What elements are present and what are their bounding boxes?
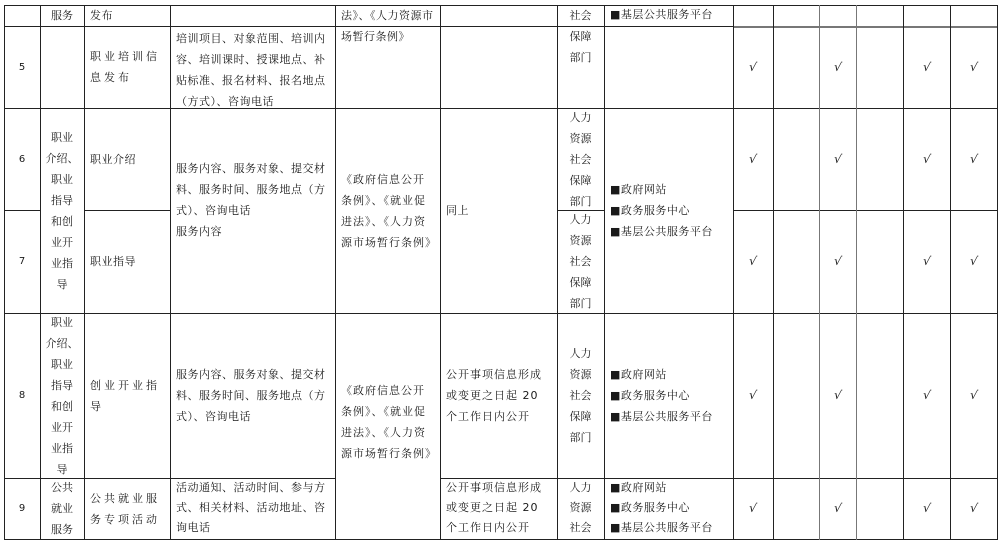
check-cell: √ bbox=[950, 478, 997, 539]
channel-cell: ■政府网站 ■政务服务中心 ■基层公共服务平台 bbox=[604, 478, 733, 539]
checkmark-icon: √ bbox=[748, 498, 759, 520]
category-line: 业开 bbox=[51, 232, 73, 253]
checkmark-icon: √ bbox=[832, 56, 843, 78]
check-cell: √ bbox=[819, 108, 856, 210]
item-cell: 职业培训信息发布 bbox=[84, 26, 170, 108]
department-line: 保障 bbox=[561, 26, 600, 47]
category-line: 和创 bbox=[51, 396, 73, 417]
category-line: 指导 bbox=[51, 190, 73, 211]
check-cell bbox=[773, 478, 819, 539]
checkmark-icon: √ bbox=[921, 251, 932, 273]
check-cell: √ bbox=[733, 313, 773, 478]
category-line: 介绍、 bbox=[46, 148, 79, 169]
category-cell: 职业 介绍、 职业 指导 和创 业开 业指 导 bbox=[40, 108, 84, 313]
department-line: 部门 bbox=[561, 47, 600, 68]
content-cell: 培训项目、对象范围、培训内容、培训课时、授课地点、补贴标准、报名材料、报名地点（… bbox=[170, 28, 335, 108]
channel-item: ■政府网站 bbox=[610, 179, 713, 200]
category-line: 职业 bbox=[51, 127, 73, 148]
check-cell: √ bbox=[819, 26, 856, 108]
check-cell bbox=[773, 313, 819, 478]
category-cell: 服务 bbox=[40, 5, 84, 26]
check-cell: √ bbox=[733, 26, 773, 108]
legal-basis-cell: 《政府信息公开条例》、《就业促进法》、《人力资源市场暂行条例》 bbox=[335, 108, 440, 313]
category-cell: 公共 就业 服务 bbox=[40, 478, 84, 539]
department-line: 社会 bbox=[570, 149, 592, 170]
col-divider bbox=[997, 5, 998, 540]
check-cell: √ bbox=[950, 313, 997, 478]
category-cell: 职业 介绍、 职业 指导 和创 业开 业指 导 bbox=[40, 313, 84, 478]
item-cell: 公共就业服务专项活动 bbox=[84, 478, 170, 539]
category-line: 业开 bbox=[51, 417, 73, 438]
department-line: 社会 bbox=[570, 385, 592, 406]
checkmark-icon: √ bbox=[968, 251, 979, 273]
category-line: 业指 bbox=[51, 438, 73, 459]
department-line: 人力 bbox=[570, 210, 592, 230]
check-cell bbox=[773, 26, 819, 108]
checkmark-icon: √ bbox=[968, 498, 979, 520]
department-cell: 人力 资源 社会 保障 部门 bbox=[557, 210, 604, 313]
department-line: 保障 bbox=[570, 406, 592, 427]
legal-basis-cell: 法》、《人力资源市场暂行条例》 bbox=[335, 5, 440, 50]
check-cell bbox=[856, 210, 903, 313]
department-line: 社会 bbox=[561, 5, 600, 26]
check-cell: √ bbox=[733, 210, 773, 313]
legal-basis-cell: 《政府信息公开条例》、《就业促进法》、《人力资源市场暂行条例》 bbox=[335, 380, 440, 480]
department-cell: 人力 资源 社会 保障 部门 bbox=[557, 313, 604, 478]
item-cell: 职业指导 bbox=[84, 210, 170, 313]
checkmark-icon: √ bbox=[832, 498, 843, 520]
checkmark-icon: √ bbox=[832, 251, 843, 273]
item-cell: 创业开业指导 bbox=[84, 313, 170, 478]
checkmark-icon: √ bbox=[968, 148, 979, 170]
content-text: 服务内容、服务对象、提交材料、服务时间、服务地点（方式）、咨询电话 bbox=[176, 158, 329, 221]
category-line: 职业 bbox=[51, 354, 73, 375]
check-cell bbox=[856, 26, 903, 108]
content-cell: 服务内容、服务对象、提交材料、服务时间、服务地点（方式）、咨询电话 服务内容 bbox=[170, 108, 335, 313]
category-line: 就业 bbox=[51, 498, 73, 519]
department-line: 部门 bbox=[570, 293, 592, 313]
check-cell: √ bbox=[733, 108, 773, 210]
checkmark-icon: √ bbox=[968, 56, 979, 78]
checkmark-icon: √ bbox=[748, 56, 759, 78]
check-cell bbox=[773, 108, 819, 210]
row-number: 7 bbox=[4, 210, 40, 313]
category-line: 指导 bbox=[51, 375, 73, 396]
check-cell: √ bbox=[819, 478, 856, 539]
checkmark-icon: √ bbox=[748, 251, 759, 273]
department-line: 社会 bbox=[570, 251, 592, 272]
checkmark-icon: √ bbox=[921, 385, 932, 407]
channel-item: ■政府网站 bbox=[610, 364, 713, 385]
department-line: 资源 bbox=[570, 230, 592, 251]
item-cell: 发布 bbox=[84, 5, 170, 26]
department-line: 资源 bbox=[570, 364, 592, 385]
checkmark-icon: √ bbox=[921, 498, 932, 520]
check-cell: √ bbox=[819, 313, 856, 478]
category-line: 业指 bbox=[51, 253, 73, 274]
checkmark-icon: √ bbox=[832, 148, 843, 170]
category-line: 公共 bbox=[51, 478, 73, 498]
time-limit-cell: 公开事项信息形成或变更之日起 20 个工作日内公开 bbox=[440, 313, 557, 478]
department-cell: 社会 保障 部门 bbox=[557, 5, 604, 75]
department-line: 保障 bbox=[570, 170, 592, 191]
category-line: 导 bbox=[57, 274, 68, 295]
check-cell bbox=[856, 108, 903, 210]
check-cell: √ bbox=[950, 108, 997, 210]
category-line: 导 bbox=[57, 459, 68, 479]
check-cell: √ bbox=[819, 210, 856, 313]
check-cell: √ bbox=[903, 26, 950, 108]
row-number: 8 bbox=[4, 313, 40, 478]
category-line: 介绍、 bbox=[46, 333, 79, 354]
department-line: 资源 bbox=[561, 498, 600, 518]
department-cell: 人力 资源 社会 保障 部门 bbox=[557, 108, 604, 210]
checkmark-icon: √ bbox=[832, 385, 843, 407]
channel-cell: ■政府网站 ■政务服务中心 ■基层公共服务平台 bbox=[604, 108, 733, 313]
checkmark-icon: √ bbox=[921, 56, 932, 78]
time-limit-cell: 公开事项信息形成或变更之日起 20 个工作日内公开 bbox=[440, 478, 557, 539]
check-cell bbox=[773, 210, 819, 313]
department-line: 人力 bbox=[570, 108, 592, 128]
checkmark-icon: √ bbox=[748, 385, 759, 407]
check-cell: √ bbox=[903, 108, 950, 210]
checkmark-icon: √ bbox=[968, 385, 979, 407]
channel-item: ■政务服务中心 bbox=[610, 385, 713, 406]
department-line: 人力 bbox=[561, 478, 600, 498]
check-cell: √ bbox=[733, 478, 773, 539]
check-cell: √ bbox=[903, 478, 950, 539]
check-cell: √ bbox=[950, 26, 997, 108]
check-cell: √ bbox=[903, 210, 950, 313]
channel-item: ■基层公共服务平台 bbox=[610, 518, 727, 538]
content-cell: 服务内容、服务对象、提交材料、服务时间、服务地点（方式）、咨询电话 bbox=[170, 313, 335, 478]
checkmark-icon: √ bbox=[748, 148, 759, 170]
channel-item: ■基层公共服务平台 bbox=[610, 406, 713, 427]
category-line: 职业 bbox=[51, 313, 73, 333]
check-cell: √ bbox=[903, 313, 950, 478]
table-bottom-border bbox=[4, 539, 997, 540]
department-line: 资源 bbox=[570, 128, 592, 149]
department-line: 部门 bbox=[570, 191, 592, 211]
channel-item: ■基层公共服务平台 bbox=[610, 221, 713, 242]
category-line: 和创 bbox=[51, 211, 73, 232]
department-line: 保障 bbox=[570, 272, 592, 293]
channel-cell: ■基层公共服务平台 bbox=[604, 4, 733, 26]
department-line: 社会 bbox=[561, 518, 600, 538]
check-cell bbox=[856, 478, 903, 539]
row-number: 5 bbox=[4, 26, 40, 108]
category-line: 服务 bbox=[51, 519, 73, 539]
channel-cell: ■政府网站 ■政务服务中心 ■基层公共服务平台 bbox=[604, 313, 733, 478]
row-number: 6 bbox=[4, 108, 40, 210]
check-cell: √ bbox=[950, 210, 997, 313]
department-line: 部门 bbox=[570, 427, 592, 448]
time-limit-cell: 同上 bbox=[440, 108, 557, 313]
content-text-extra: 服务内容 bbox=[176, 221, 329, 242]
channel-item: ■政府网站 bbox=[610, 478, 727, 498]
department-line: 人力 bbox=[570, 343, 592, 364]
content-cell: 活动通知、活动时间、参与方式、相关材料、活动地址、咨询电话 bbox=[170, 478, 335, 539]
check-cell bbox=[856, 313, 903, 478]
channel-item: ■政务服务中心 bbox=[610, 200, 713, 221]
item-cell: 职业介绍 bbox=[84, 108, 170, 210]
row-number: 9 bbox=[4, 478, 40, 539]
checkmark-icon: √ bbox=[921, 148, 932, 170]
category-line: 职业 bbox=[51, 169, 73, 190]
department-cell: 人力 资源 社会 bbox=[557, 478, 604, 539]
channel-item: ■政务服务中心 bbox=[610, 498, 727, 518]
